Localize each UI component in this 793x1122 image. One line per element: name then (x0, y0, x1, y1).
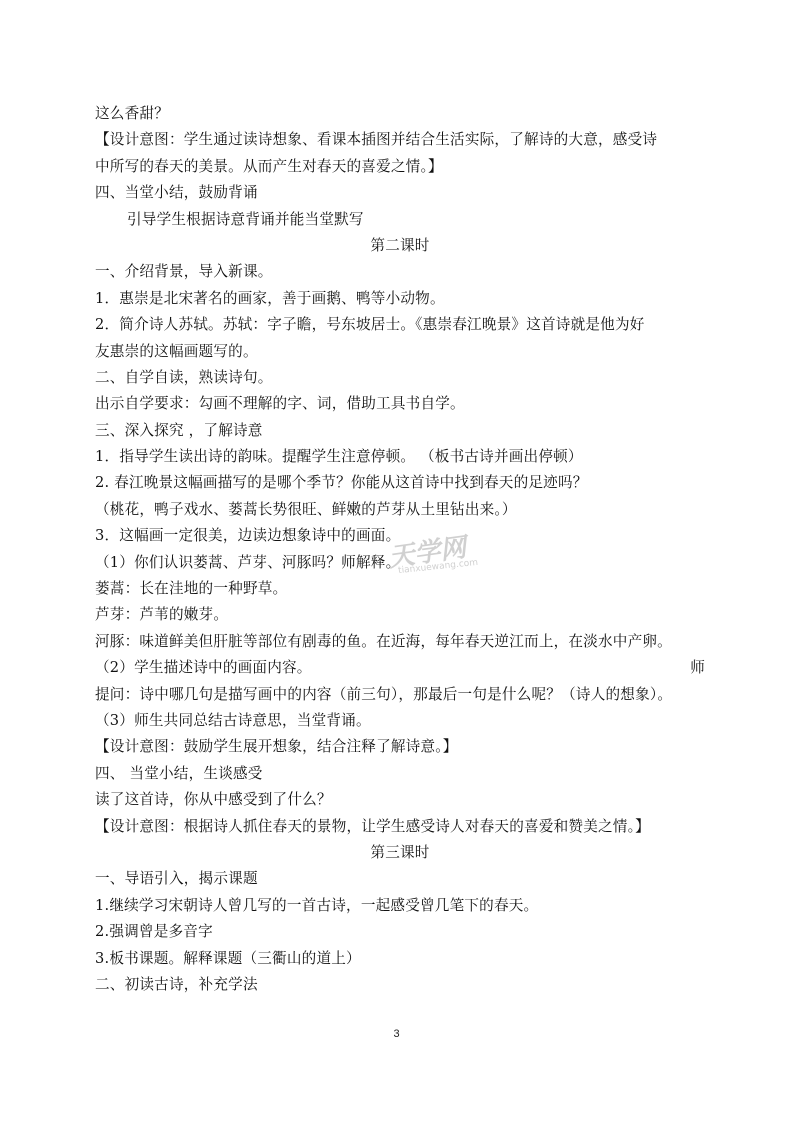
text-line: 3．这幅画一定很美，边读边想象诗中的画面。 (95, 523, 705, 549)
text-line: 友惠崇的这幅画题写的。 (95, 339, 705, 365)
lesson-title-2: 第二课时 (95, 233, 705, 259)
document-page: 这么香甜？ 【设计意图：学生通过读诗想象、看课本插图并结合生活实际，了解诗的大意… (95, 101, 705, 998)
design-intent-line: 【设计意图：学生通过读诗想象、看课本插图并结合生活实际，了解诗的大意，感受诗 (95, 127, 705, 153)
section-heading: 三、深入探究 ，了解诗意 (95, 418, 705, 444)
text-line: 中所写的春天的美景。从而产生对春天的喜爱之情。】 (95, 154, 705, 180)
text-line: 2.强调曾是多音字 (95, 919, 705, 945)
design-intent-line: 【设计意图：根据诗人抓住春天的景物，让学生感受诗人对春天的喜爱和赞美之情。】 (95, 814, 705, 840)
section-heading: 四、 当堂小结，生谈感受 (95, 761, 705, 787)
text-line: 提问：诗中哪几句是描写画中的内容（前三句），那最后一句是什么呢？（诗人的想象）。 (95, 682, 705, 708)
text-left: （2）学生描述诗中的画面内容。 (95, 655, 312, 681)
text-line: 1.继续学习宋朝诗人曾几写的一首古诗，一起感受曾几笔下的春天。 (95, 893, 705, 919)
section-heading: 一、导语引入，揭示课题 (95, 866, 705, 892)
text-line: 3.板书课题。解释课题（三衢山的道上） (95, 946, 705, 972)
text-line: （桃花，鸭子戏水、蒌蒿长势很旺、鲜嫩的芦芽从土里钻出来。） (95, 497, 705, 523)
text-right: 师 (690, 655, 705, 681)
text-line: 2. 春江晚景这幅画描写的是哪个季节？你能从这首诗中找到春天的足迹吗？ (95, 470, 705, 496)
text-line: 读了这首诗，你从中感受到了什么？ (95, 787, 705, 813)
text-line: （1）你们认识蒌蒿、芦芽、河豚吗？师解释。 (95, 550, 705, 576)
section-heading: 一、介绍背景，导入新课。 (95, 259, 705, 285)
design-intent-line: 【设计意图：鼓励学生展开想象，结合注释了解诗意。】 (95, 734, 705, 760)
text-line: 2．简介诗人苏轼。苏轼：字子瞻，号东坡居士。《惠崇春江晚景》这首诗就是他为好 (95, 312, 705, 338)
text-line: 这么香甜？ (95, 101, 705, 127)
section-heading: 二、初读古诗，补充学法 (95, 972, 705, 998)
text-line: 芦芽：芦苇的嫩芽。 (95, 602, 705, 628)
text-line: （3）师生共同总结古诗意思，当堂背诵。 (95, 708, 705, 734)
section-heading: 四、当堂小结，鼓励背诵 (95, 180, 705, 206)
text-line: 1．指导学生读出诗的韵味。提醒学生注意停顿。 （板书古诗并画出停顿） (95, 444, 705, 470)
text-line: 出示自学要求：勾画不理解的字、词，借助工具书自学。 (95, 391, 705, 417)
section-heading: 二、自学自读，熟读诗句。 (95, 365, 705, 391)
lesson-title-3: 第三课时 (95, 840, 705, 866)
text-line: 1．惠崇是北宋著名的画家，善于画鹅、鸭等小动物。 (95, 286, 705, 312)
text-line: 蒌蒿：长在洼地的一种野草。 (95, 576, 705, 602)
text-line: 河豚：味道鲜美但肝脏等部位有剧毒的鱼。在近海，每年春天逆江而上，在淡水中产卵。 (95, 629, 705, 655)
text-line: 引导学生根据诗意背诵并能当堂默写 (95, 207, 705, 233)
page-number: 3 (0, 1028, 793, 1040)
text-line: （2）学生描述诗中的画面内容。 师 (95, 655, 705, 681)
